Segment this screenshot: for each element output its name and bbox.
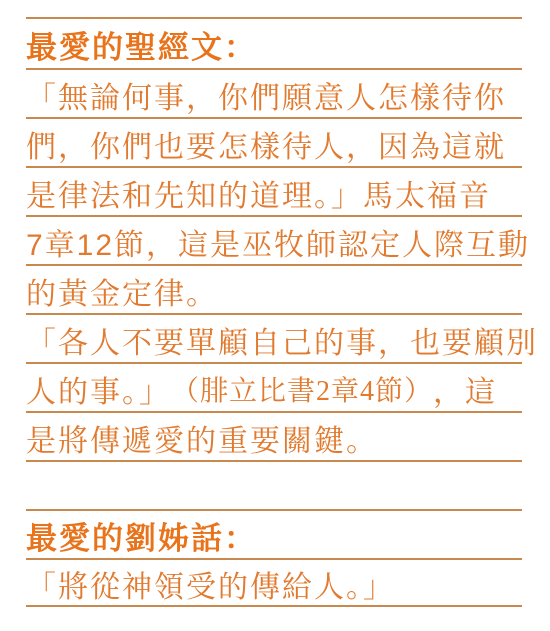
section-title-bible-verses: 最愛的聖經文： — [26, 17, 522, 68]
text-line: 是將傳遞愛的重要關鍵。 — [26, 411, 522, 460]
ruled-text-block: 最愛的聖經文： 「無論何事，你們願意人怎樣待你 們，你們也要怎樣待人，因為這就 … — [26, 17, 522, 607]
scripture-reference: （腓立比書2章4節） — [171, 367, 433, 409]
text-line: 「各人不要單顧自己的事，也要顧別 — [26, 313, 522, 362]
text-line: 的黃金定律。 — [26, 264, 522, 313]
document-page: 最愛的聖經文： 「無論何事，你們願意人怎樣待你 們，你們也要怎樣待人，因為這就 … — [0, 0, 550, 631]
text-line: 們，你們也要怎樣待人，因為這就 — [26, 117, 522, 166]
text-line-content: 7章12節，這是巫牧師認定人際互動 — [26, 218, 530, 264]
empty-ruled-line — [26, 460, 522, 509]
text-line-content: 們，你們也要怎樣待人，因為這就 — [26, 120, 506, 166]
section-title-text: 最愛的劉姊話： — [26, 511, 257, 558]
text-line-content: ，這 — [433, 365, 497, 411]
text-line: 7章12節，這是巫牧師認定人際互動 — [26, 215, 522, 264]
text-line-content: 「將從神領受的傳給人。」 — [26, 560, 395, 606]
text-line: 是律法和先知的道理。」馬太福音 — [26, 166, 522, 215]
text-line-content: 是將傳遞愛的重要關鍵。 — [26, 414, 378, 460]
text-line-content: 人的事。」 — [26, 365, 171, 411]
text-line: 「無論何事，你們願意人怎樣待你 — [26, 68, 522, 117]
section-title-favorite-saying: 最愛的劉姊話： — [26, 509, 522, 558]
text-line-content: 是律法和先知的道理。」馬太福音 — [26, 169, 491, 215]
text-line-with-scripture-reference: 人的事。」（腓立比書2章4節），這 — [26, 362, 522, 411]
text-line-content: 的黃金定律。 — [26, 267, 218, 313]
text-line-content: 「無論何事，你們願意人怎樣待你 — [26, 71, 506, 117]
text-line-content: 「各人不要單顧自己的事，也要顧別 — [26, 316, 538, 362]
text-line: 「將從神領受的傳給人。」 — [26, 558, 522, 607]
section-title-text: 最愛的聖經文： — [26, 20, 257, 67]
